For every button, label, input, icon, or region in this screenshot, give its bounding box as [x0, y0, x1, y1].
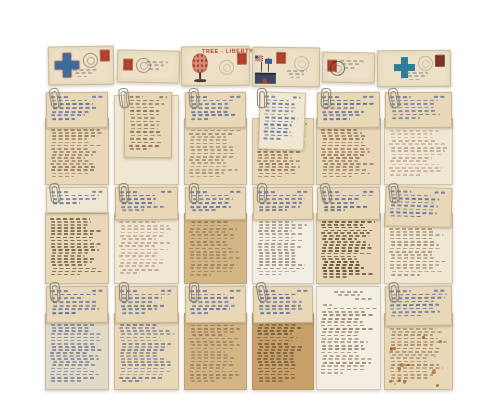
handwriting-line	[122, 209, 144, 211]
handwriting-line	[73, 69, 97, 71]
postage-stamp-icon	[123, 58, 133, 70]
handwriting-line	[322, 221, 375, 223]
handwriting-line	[390, 264, 440, 266]
handwriting-line	[324, 209, 345, 211]
letter-r2c6	[384, 187, 453, 284]
handwriting-line	[258, 176, 284, 178]
handwriting-line	[321, 224, 363, 226]
handwriting-line	[52, 346, 98, 348]
handwriting-line	[52, 138, 87, 140]
foxing-spot	[439, 340, 442, 343]
handwriting-line	[122, 346, 169, 348]
letter-r1c2	[114, 92, 179, 185]
handwriting-line	[53, 151, 100, 153]
handwriting-line	[406, 72, 428, 74]
handwriting-line	[230, 290, 241, 292]
handwriting-line	[259, 221, 293, 223]
letter-sheet	[252, 213, 314, 284]
handwriting-line	[52, 252, 88, 254]
handwriting-line	[391, 150, 445, 152]
foxing-spot	[398, 367, 401, 370]
handwriting-line	[52, 135, 98, 137]
handwriting-line	[190, 257, 240, 259]
handwriting-header	[129, 96, 167, 98]
handwriting-line	[342, 63, 360, 65]
handwriting-line	[259, 324, 296, 326]
handwriting-line	[322, 135, 366, 137]
handwriting-line	[130, 134, 162, 136]
paperclip-icon	[48, 87, 61, 108]
paperclip-icon	[49, 182, 61, 203]
handwriting-line	[190, 377, 232, 379]
letter-r1c1	[45, 92, 109, 185]
handwriting-line	[51, 274, 81, 276]
paperclip-icon	[387, 87, 400, 108]
handwriting-line	[121, 242, 170, 244]
handwriting-line	[391, 344, 433, 346]
paperclip-icon	[188, 88, 199, 109]
paperclip-icon	[388, 282, 399, 303]
handwriting-line	[264, 137, 283, 139]
handwriting-line	[390, 357, 429, 359]
letters-collection-photo: TREE - LIBERTY	[0, 0, 500, 416]
handwriting-line	[392, 117, 420, 119]
handwriting-line	[230, 191, 241, 193]
paperclip-icon	[257, 88, 267, 108]
letter-r1c6	[384, 92, 453, 185]
handwriting-line	[52, 271, 103, 273]
handwriting-line	[51, 358, 98, 360]
handwriting-line	[51, 246, 97, 248]
handwriting-line	[51, 148, 89, 150]
handwriting-line	[191, 225, 230, 227]
handwriting-line	[259, 173, 298, 175]
handwriting-line	[323, 244, 370, 246]
handwriting-line	[146, 61, 168, 63]
handwriting-line	[363, 96, 375, 98]
handwriting-line	[122, 364, 171, 366]
handwriting-line	[391, 257, 434, 259]
handwriting-line	[257, 352, 295, 354]
handwriting-line	[322, 331, 359, 333]
handwriting-line	[149, 68, 159, 70]
handwriting-line	[52, 132, 103, 134]
handwriting-line	[344, 67, 355, 69]
letter-r2c3	[184, 187, 247, 284]
address-handwriting	[73, 68, 103, 79]
handwriting-line	[322, 358, 372, 360]
handwriting-line	[259, 340, 293, 342]
handwriting-line	[259, 271, 297, 273]
handwriting-line	[259, 166, 300, 168]
postage-stamp-icon	[276, 52, 286, 64]
handwriting-line	[259, 233, 304, 235]
handwriting-line	[258, 349, 301, 351]
handwriting-line	[130, 107, 154, 109]
handwriting-line	[51, 343, 97, 345]
handwriting-line	[264, 130, 291, 133]
envelope-blue-cross-outline	[48, 45, 115, 85]
handwriting-line	[51, 258, 97, 260]
postage-stamp-icon	[237, 53, 247, 65]
handwriting-line	[258, 169, 296, 171]
handwriting-line	[122, 380, 143, 382]
handwriting-line	[122, 343, 171, 345]
handwriting-line	[392, 311, 440, 313]
handwriting-line	[51, 224, 88, 226]
handwriting-line	[391, 334, 433, 336]
handwriting-line	[392, 154, 443, 156]
handwriting-line	[190, 166, 228, 168]
handwriting-line	[120, 355, 159, 357]
handwriting-line	[259, 252, 295, 254]
handwriting-line	[122, 308, 157, 310]
handwriting-line	[355, 298, 372, 300]
handwriting-line	[321, 335, 359, 337]
handwriting-line	[190, 228, 237, 230]
handwriting-line	[390, 371, 429, 373]
handwriting-line	[51, 227, 86, 229]
handwriting-line	[51, 324, 95, 326]
handwriting-line	[392, 140, 437, 142]
handwriting-line	[51, 240, 92, 242]
handwriting-line	[130, 148, 150, 150]
handwriting-line	[259, 371, 292, 373]
handwriting-line	[120, 337, 160, 339]
handwriting-line	[121, 368, 164, 370]
handwriting-line	[390, 231, 436, 233]
handwriting-line	[321, 352, 357, 354]
handwriting-line	[191, 153, 237, 155]
handwriting-line	[259, 224, 307, 226]
handwriting-line	[189, 248, 234, 250]
handwriting-line	[50, 237, 92, 239]
handwriting-line	[265, 117, 298, 120]
handwriting-line	[191, 325, 236, 327]
handwriting-line	[190, 267, 233, 269]
handwriting-line	[324, 114, 363, 116]
handwriting-line	[119, 265, 155, 267]
handwriting-line	[189, 338, 238, 340]
handwriting-line	[266, 110, 294, 113]
handwriting-line	[390, 328, 436, 330]
postmark-icon	[83, 53, 98, 68]
foxing-spot	[407, 364, 410, 366]
handwriting-line	[190, 254, 226, 256]
handwriting-line	[192, 305, 235, 307]
handwriting-line	[392, 271, 442, 273]
handwriting-line	[130, 103, 165, 105]
handwriting-line	[323, 138, 364, 140]
letter-sheet	[45, 313, 109, 390]
handwriting-line	[258, 327, 304, 329]
letter-r2c5	[316, 187, 381, 284]
handwriting-line	[51, 114, 85, 116]
handwriting-line	[259, 264, 305, 266]
handwriting-line	[190, 206, 231, 208]
envelope-tree-liberty: TREE - LIBERTY	[181, 46, 250, 87]
paperclip-icon	[189, 282, 200, 302]
handwriting-line	[265, 113, 288, 116]
handwriting-line	[52, 160, 90, 162]
handwriting-line	[389, 167, 442, 169]
handwriting-line	[323, 273, 373, 275]
handwriting-line	[190, 348, 235, 350]
handwriting-line	[121, 249, 168, 251]
handwriting-line	[338, 294, 360, 296]
handwriting-line	[322, 227, 365, 229]
handwriting-line	[390, 234, 443, 236]
handwriting-line	[321, 253, 371, 255]
handwriting-line	[258, 333, 292, 335]
handwriting-line	[121, 333, 173, 335]
handwriting-line	[389, 228, 433, 230]
letter-r2c4	[252, 187, 314, 284]
handwriting-line	[91, 290, 102, 292]
handwriting-line	[191, 118, 209, 120]
handwriting-line	[266, 106, 297, 109]
paperclip-icon	[49, 282, 60, 303]
handwriting-line	[324, 206, 367, 208]
handwriting-line	[257, 160, 300, 162]
handwriting-line	[323, 118, 351, 120]
foxing-spot	[422, 336, 425, 339]
handwriting-line	[119, 377, 162, 379]
handwriting-line	[190, 341, 236, 343]
handwriting-line	[324, 230, 373, 232]
handwriting-line	[322, 173, 371, 175]
paperclip-icon	[118, 87, 130, 108]
handwriting-line	[121, 340, 161, 342]
handwriting-line	[257, 358, 295, 360]
handwriting-line	[408, 75, 425, 77]
address-handwriting	[287, 70, 313, 80]
handwriting-line	[323, 176, 352, 178]
handwriting-line	[51, 380, 82, 382]
handwriting-line	[258, 243, 296, 245]
handwriting-line	[391, 364, 439, 366]
handwriting-line	[257, 268, 304, 270]
paperclip-icon	[321, 88, 332, 108]
handwriting-line	[392, 315, 423, 317]
handwriting-line	[259, 364, 296, 366]
handwriting-line	[322, 267, 364, 269]
handwriting-line	[191, 380, 214, 382]
handwriting-line	[259, 377, 296, 379]
handwriting-line	[119, 327, 154, 329]
handwriting-line	[321, 369, 365, 371]
handwriting-line	[131, 110, 160, 112]
handwriting-line	[390, 304, 439, 306]
handwriting-line	[131, 117, 157, 119]
handwriting-line	[322, 318, 359, 320]
handwriting-line	[287, 70, 307, 72]
letter-r3c5	[316, 286, 381, 390]
handwriting-line	[190, 367, 224, 369]
handwriting-line	[390, 130, 439, 132]
handwriting-line	[258, 249, 297, 251]
letter-r1c5	[316, 92, 381, 185]
handwriting-line	[50, 374, 99, 376]
handwriting-line	[130, 120, 160, 122]
envelope-blue-cross-solid	[377, 50, 451, 88]
handwriting-line	[390, 238, 431, 240]
handwriting-line	[321, 321, 363, 323]
handwriting-line	[121, 361, 173, 363]
handwriting-line	[257, 337, 297, 339]
handwriting-line	[190, 251, 237, 253]
handwriting-line	[191, 361, 232, 363]
handwriting-line	[53, 301, 97, 303]
handwriting-line	[323, 270, 360, 272]
letter-r3c3	[184, 286, 247, 390]
handwriting-header	[265, 95, 301, 98]
handwriting-line	[391, 374, 433, 376]
handwriting-line	[321, 256, 356, 258]
handwriting-line	[257, 151, 302, 153]
handwriting-line	[193, 209, 218, 211]
handwriting-line	[51, 157, 85, 159]
handwriting-line	[51, 333, 101, 335]
handwriting-line	[120, 324, 157, 326]
handwriting-line	[334, 291, 363, 293]
handwriting-line	[297, 290, 308, 292]
postmark-icon	[418, 56, 433, 71]
envelope-plain-stamp	[117, 49, 181, 83]
handwriting-line	[434, 290, 447, 292]
letter-r3c1	[45, 286, 109, 390]
handwriting-line	[52, 249, 99, 251]
handwriting-line	[321, 132, 362, 134]
handwriting-line	[51, 230, 102, 232]
letter-r3c6	[384, 286, 453, 390]
handwriting-line	[120, 272, 139, 274]
handwriting-line	[51, 337, 99, 339]
envelope-flag-patriotic	[252, 47, 320, 88]
handwriting-line	[391, 274, 420, 276]
letter-r1c3	[184, 92, 247, 185]
handwriting-line	[258, 355, 294, 357]
handwriting-line	[391, 133, 432, 135]
handwriting-line	[259, 209, 288, 211]
handwriting-line	[340, 60, 364, 62]
handwriting-line	[409, 79, 419, 81]
handwriting-line	[265, 120, 294, 123]
postage-stamp-icon	[100, 49, 110, 61]
handwriting-line	[161, 191, 173, 193]
handwriting-line	[191, 130, 241, 132]
handwriting-line	[259, 227, 303, 229]
handwriting-line	[189, 172, 223, 174]
handwriting-line	[51, 340, 101, 342]
handwriting-line	[131, 124, 159, 126]
handwriting-line	[53, 305, 96, 307]
handwriting-line	[323, 276, 349, 278]
handwriting-line	[322, 345, 363, 347]
letter-r3c2	[114, 286, 179, 390]
handwriting-line	[52, 264, 87, 266]
letter-sheet	[114, 213, 179, 284]
handwriting-line	[392, 300, 434, 302]
handwriting-line	[191, 328, 240, 330]
handwriting-line	[191, 344, 241, 346]
handwriting-line	[323, 362, 372, 364]
handwriting-line	[120, 330, 171, 332]
handwriting-line	[390, 174, 423, 176]
handwriting-line	[322, 338, 361, 340]
handwriting-line	[259, 274, 281, 276]
handwriting-line	[327, 308, 377, 310]
handwriting-line	[75, 72, 92, 74]
handwriting-line	[392, 157, 432, 159]
handwriting-line	[191, 271, 232, 273]
paperclip-icon	[257, 183, 268, 203]
handwriting-line	[191, 261, 230, 263]
handwriting-line	[390, 248, 440, 250]
handwriting-line	[322, 151, 369, 153]
handwriting-line	[121, 228, 173, 230]
liberty-tree-icon	[190, 53, 210, 82]
handwriting-line	[52, 349, 104, 351]
paperclip-icon	[255, 281, 268, 302]
handwriting-line	[77, 75, 88, 77]
handwriting-line	[121, 225, 169, 227]
postmark-icon	[219, 60, 234, 75]
handwriting-line	[122, 269, 162, 271]
handwriting-line	[323, 328, 373, 330]
paperclip-icon	[319, 182, 332, 203]
handwriting-line	[363, 191, 375, 193]
handwriting-line	[323, 166, 360, 168]
handwriting-line	[392, 293, 446, 296]
handwriting-line	[322, 142, 363, 144]
handwriting-line	[130, 131, 161, 133]
handwriting-line	[52, 312, 76, 314]
handwriting-line	[391, 254, 432, 256]
handwriting-line	[119, 245, 155, 247]
handwriting-line	[121, 358, 166, 360]
handwriting-line	[191, 312, 211, 314]
handwriting-line	[259, 380, 284, 382]
handwriting-line	[121, 349, 165, 351]
handwriting-line	[121, 252, 160, 254]
handwriting-line	[323, 264, 362, 266]
handwriting-line	[324, 103, 375, 105]
handwriting-line	[190, 241, 227, 243]
handwriting-line	[52, 330, 89, 332]
handwriting-line	[321, 148, 369, 150]
handwriting-line	[51, 368, 86, 370]
handwriting-line	[322, 247, 373, 249]
handwriting-line	[391, 137, 432, 139]
address-handwriting	[146, 61, 174, 72]
handwriting-line	[119, 255, 156, 257]
handwriting-line	[230, 96, 241, 98]
foxing-spot	[432, 369, 436, 374]
handwriting-line	[321, 154, 367, 156]
handwriting-line	[53, 361, 92, 363]
handwriting-line	[258, 246, 302, 248]
handwriting-line	[190, 274, 211, 276]
handwriting-line	[52, 166, 96, 168]
handwriting-line	[191, 221, 227, 223]
handwriting-line	[190, 374, 239, 376]
handwriting-line	[191, 244, 228, 246]
handwriting-line	[190, 364, 234, 366]
handwriting-line	[161, 290, 173, 292]
foxing-spot	[393, 347, 395, 350]
letter-r2c1	[45, 187, 109, 284]
